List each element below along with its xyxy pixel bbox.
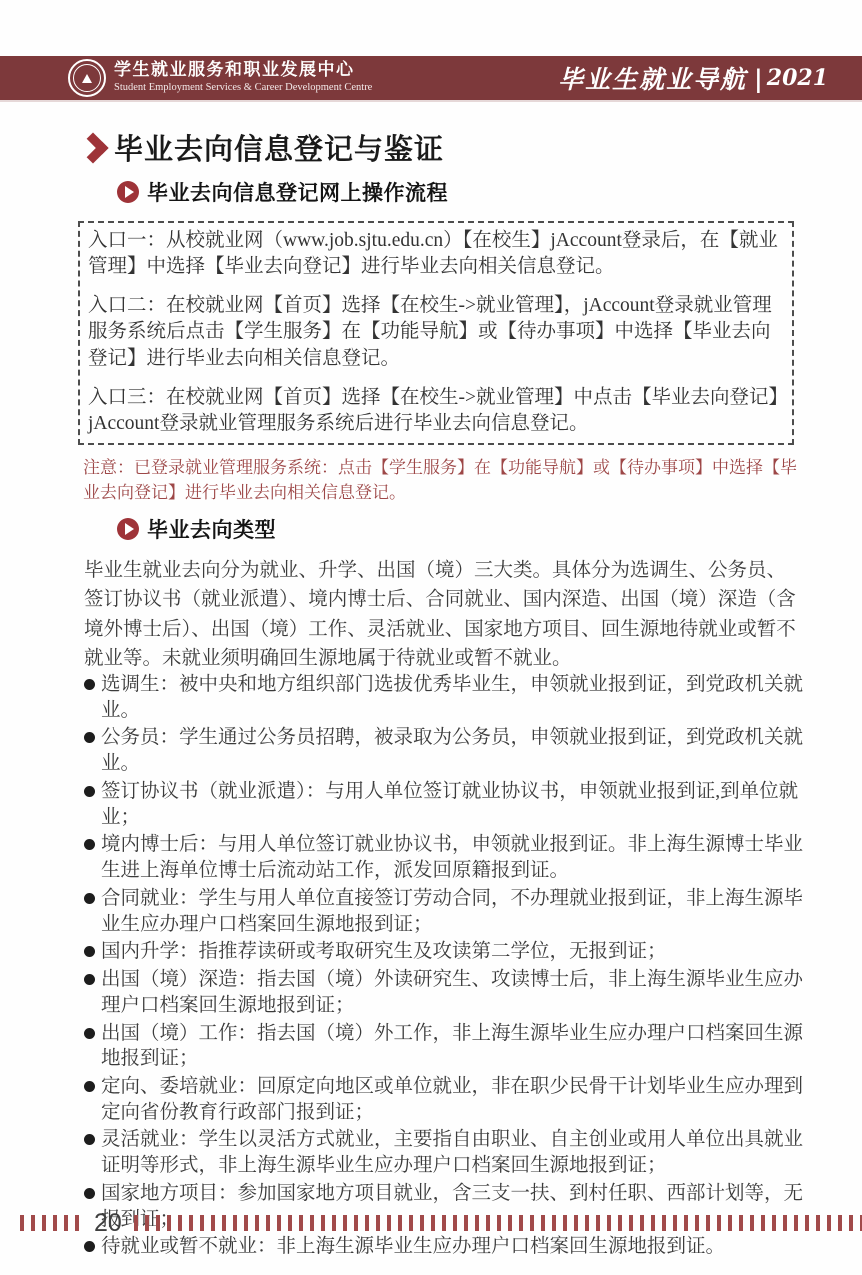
emblem-inner-ring (73, 64, 101, 92)
page-title: 毕业去向信息登记与鉴证 (114, 127, 444, 168)
play-circle-icon (117, 518, 139, 540)
list-item: 定向、委培就业：回原定向地区或单位就业，非在职少民骨干计划毕业生应办理到定向省份… (84, 1074, 806, 1125)
entry-paragraph: 入口三：在校就业网【首页】选择【在校生->就业管理】中点击【毕业去向登记】jAc… (88, 385, 782, 437)
entry-paragraph: 入口一：从校就业网（www.job.sjtu.edu.cn）【在校生】jAcco… (88, 228, 782, 280)
org-name-en: Student Employment Services & Career Dev… (114, 81, 372, 94)
page-footer: 20 (20, 1210, 862, 1236)
list-item: 灵活就业：学生以灵活方式就业，主要指自由职业、自主创业或用人单位出具就业证明等形… (84, 1127, 806, 1178)
list-item-text: 待就业或暂不就业：非上海生源毕业生应办理户口档案回生源地报到证。 (101, 1236, 725, 1257)
play-circle-icon (117, 181, 139, 203)
list-item-text: 出国（境）深造：指去国（境）外读研究生、攻读博士后，非上海生源毕业生应办理户口档… (101, 969, 803, 1016)
page-title-row: 毕业去向信息登记与鉴证 (84, 127, 444, 168)
destination-types-list: 选调生：被中央和地方组织部门选拔优秀毕业生，申领就业报到证，到党政机关就业。 公… (84, 672, 806, 1262)
entry-paragraph: 入口二：在校就业网【首页】选择【在校生->就业管理】，jAccount登录就业管… (88, 293, 782, 371)
bullet-icon (84, 893, 95, 904)
types-intro-paragraph: 毕业生就业去向分为就业、升学、出国（境）三大类。具体分为选调生、公务员、签订协议… (84, 556, 802, 673)
header-band: 学生就业服务和职业发展中心 Student Employment Service… (0, 56, 862, 102)
document-page: 学生就业服务和职业发展中心 Student Employment Service… (0, 0, 862, 1275)
entry-instructions-box: 入口一：从校就业网（www.job.sjtu.edu.cn）【在校生】jAcco… (78, 221, 794, 445)
list-item-text: 境内博士后：与用人单位签订就业协议书，申领就业报到证。非上海生源博士毕业生进上海… (101, 834, 803, 881)
page-number: 20 (94, 1210, 122, 1236)
chevron-right-icon (77, 132, 108, 163)
university-emblem-icon (68, 59, 106, 97)
list-item: 签订协议书（就业派遣）：与用人单位签订就业协议书，申领就业报到证,到单位就业； (84, 779, 806, 830)
bullet-icon (84, 974, 95, 985)
banner-title: 毕业生就业导航 (558, 60, 747, 96)
bullet-icon (84, 1028, 95, 1039)
bullet-icon (84, 1081, 95, 1092)
bullet-icon (84, 946, 95, 957)
list-item-text: 签订协议书（就业派遣）：与用人单位签订就业协议书，申领就业报到证,到单位就业； (101, 781, 798, 828)
bullet-icon (84, 1241, 95, 1252)
org-identity: 学生就业服务和职业发展中心 Student Employment Service… (114, 60, 372, 94)
section-heading-types: 毕业去向类型 (117, 514, 276, 544)
note-text: 注意：已登录就业管理服务系统：点击【学生服务】在【功能导航】或【待办事项】中选择… (83, 456, 799, 505)
list-item-text: 合同就业：学生与用人单位直接签订劳动合同，不办理就业报到证，非上海生源毕业生应办… (101, 888, 803, 935)
list-item: 国内升学：指推荐读研或考取研究生及攻读第二学位，无报到证； (84, 939, 806, 965)
emblem-core (82, 74, 92, 83)
list-item: 境内博士后：与用人单位签订就业协议书，申领就业报到证。非上海生源博士毕业生进上海… (84, 832, 806, 883)
list-item-text: 国内升学：指推荐读研或考取研究生及攻读第二学位，无报到证； (101, 941, 667, 962)
bullet-icon (84, 839, 95, 850)
banner-separator: | (754, 64, 763, 93)
list-item: 出国（境）工作：指去国（境）外工作，非上海生源毕业生应办理户口档案回生源地报到证… (84, 1021, 806, 1072)
list-item-text: 选调生：被中央和地方组织部门选拔优秀毕业生，申领就业报到证，到党政机关就业。 (101, 674, 803, 721)
list-item-text: 公务员：学生通过公务员招聘，被录取为公务员，申领就业报到证，到党政机关就业。 (101, 727, 803, 774)
list-item: 公务员：学生通过公务员招聘，被录取为公务员，申领就业报到证，到党政机关就业。 (84, 725, 806, 776)
list-item: 合同就业：学生与用人单位直接签订劳动合同，不办理就业报到证，非上海生源毕业生应办… (84, 886, 806, 937)
list-item-text: 出国（境）工作：指去国（境）外工作，非上海生源毕业生应办理户口档案回生源地报到证… (101, 1023, 803, 1070)
bullet-icon (84, 786, 95, 797)
banner-right: 毕业生就业导航 | 2021 (558, 56, 828, 100)
section-title: 毕业去向类型 (147, 514, 276, 544)
list-item-text: 灵活就业：学生以灵活方式就业，主要指自由职业、自主创业或用人单位出具就业证明等形… (101, 1129, 803, 1176)
list-item: 待就业或暂不就业：非上海生源毕业生应办理户口档案回生源地报到证。 (84, 1234, 806, 1260)
bullet-icon (84, 1188, 95, 1199)
footer-ticks-right (134, 1215, 862, 1231)
footer-ticks-left (20, 1215, 82, 1231)
section-heading-process: 毕业去向信息登记网上操作流程 (117, 177, 448, 207)
section-title: 毕业去向信息登记网上操作流程 (147, 177, 448, 207)
list-item-text: 定向、委培就业：回原定向地区或单位就业，非在职少民骨干计划毕业生应办理到定向省份… (101, 1076, 803, 1123)
org-name-zh: 学生就业服务和职业发展中心 (114, 60, 372, 80)
bullet-icon (84, 732, 95, 743)
banner-year: 2021 (767, 65, 828, 91)
list-item: 选调生：被中央和地方组织部门选拔优秀毕业生，申领就业报到证，到党政机关就业。 (84, 672, 806, 723)
list-item: 出国（境）深造：指去国（境）外读研究生、攻读博士后，非上海生源毕业生应办理户口档… (84, 967, 806, 1018)
bullet-icon (84, 1134, 95, 1145)
bullet-icon (84, 679, 95, 690)
